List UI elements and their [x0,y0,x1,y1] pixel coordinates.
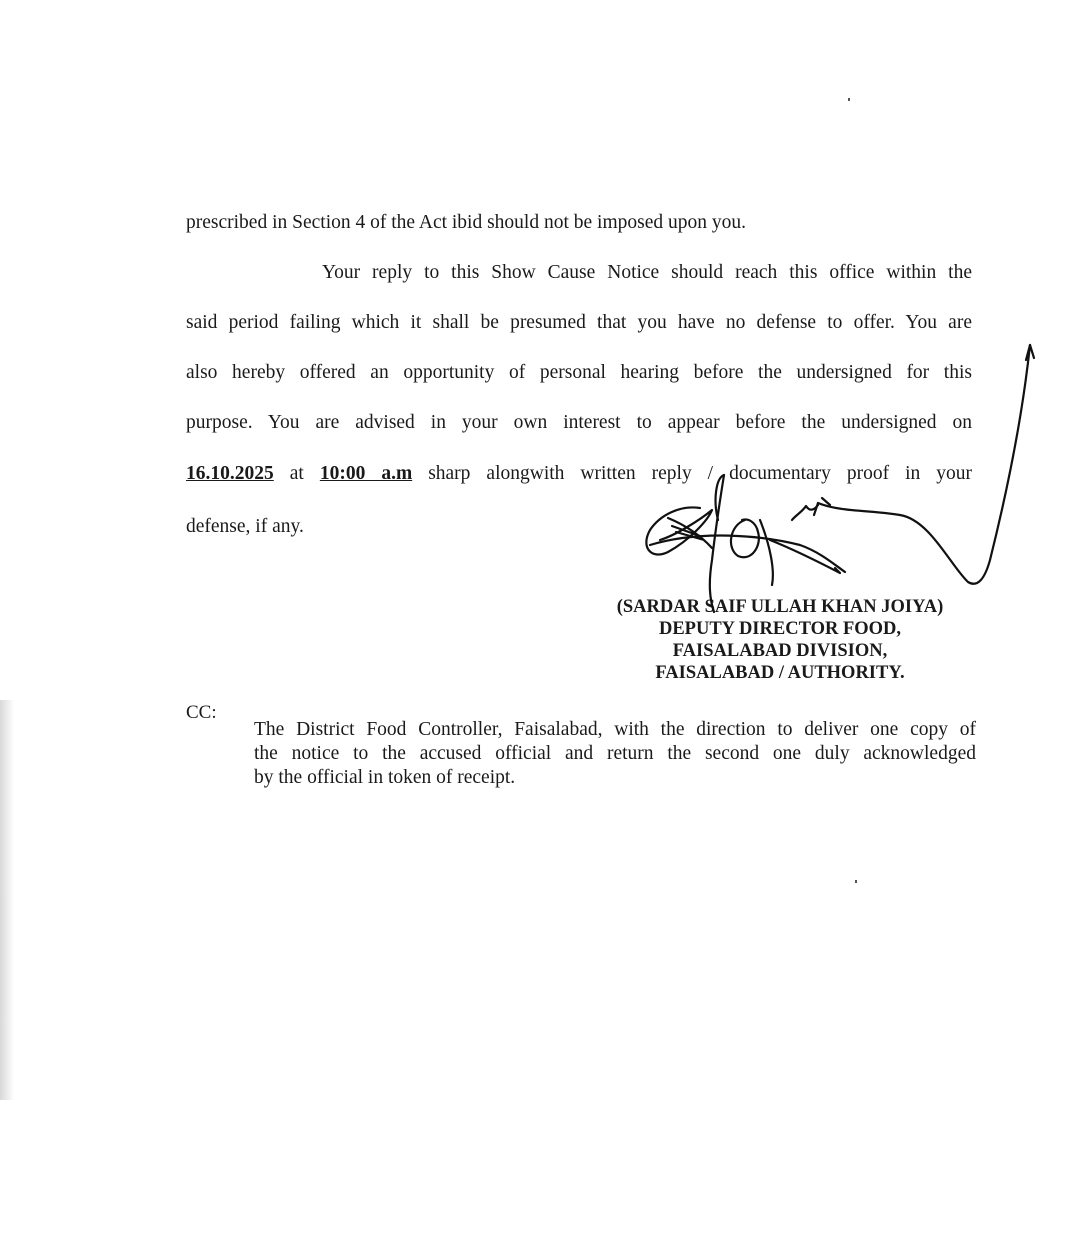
signatory-block: (SARDAR SAIF ULLAH KHAN JOIYA) DEPUTY DI… [560,596,1000,684]
cc-line-1: The District Food Controller, Faisalabad… [254,718,976,742]
at-word: at [290,463,304,484]
page-edge-shadow [0,700,14,1100]
scan-speck [855,880,857,883]
scan-speck [848,98,850,101]
cc-label: CC: [186,702,217,724]
signatory-designation: DEPUTY DIRECTOR FOOD, [560,618,1000,640]
hearing-time: 10:00 a.m [320,463,412,484]
paragraph-2-line-5: 16.10.2025 at 10:00 a.m sharp alongwith … [186,461,972,486]
paragraph-1-end: prescribed in Section 4 of the Act ibid … [186,210,972,235]
paragraph-2-line-3: also hereby offered an opportunity of pe… [186,360,972,385]
cc-line-3: by the official in token of receipt. [254,766,976,790]
paragraph-2-line-4: purpose. You are advised in your own int… [186,410,972,435]
line-5-rest: sharp alongwith written reply / document… [428,463,972,484]
cc-line-2: the notice to the accused official and r… [254,742,976,766]
paragraph-2-line-1: Your reply to this Show Cause Notice sho… [186,260,972,285]
hearing-date: 16.10.2025 [186,463,274,484]
signatory-division: FAISALABAD DIVISION, [560,640,1000,662]
paragraph-2-line-6: defense, if any. [186,514,972,539]
paragraph-2-line-2: said period failing which it shall be pr… [186,310,972,335]
signatory-authority: FAISALABAD / AUTHORITY. [560,662,1000,684]
signatory-name: (SARDAR SAIF ULLAH KHAN JOIYA) [560,596,1000,618]
